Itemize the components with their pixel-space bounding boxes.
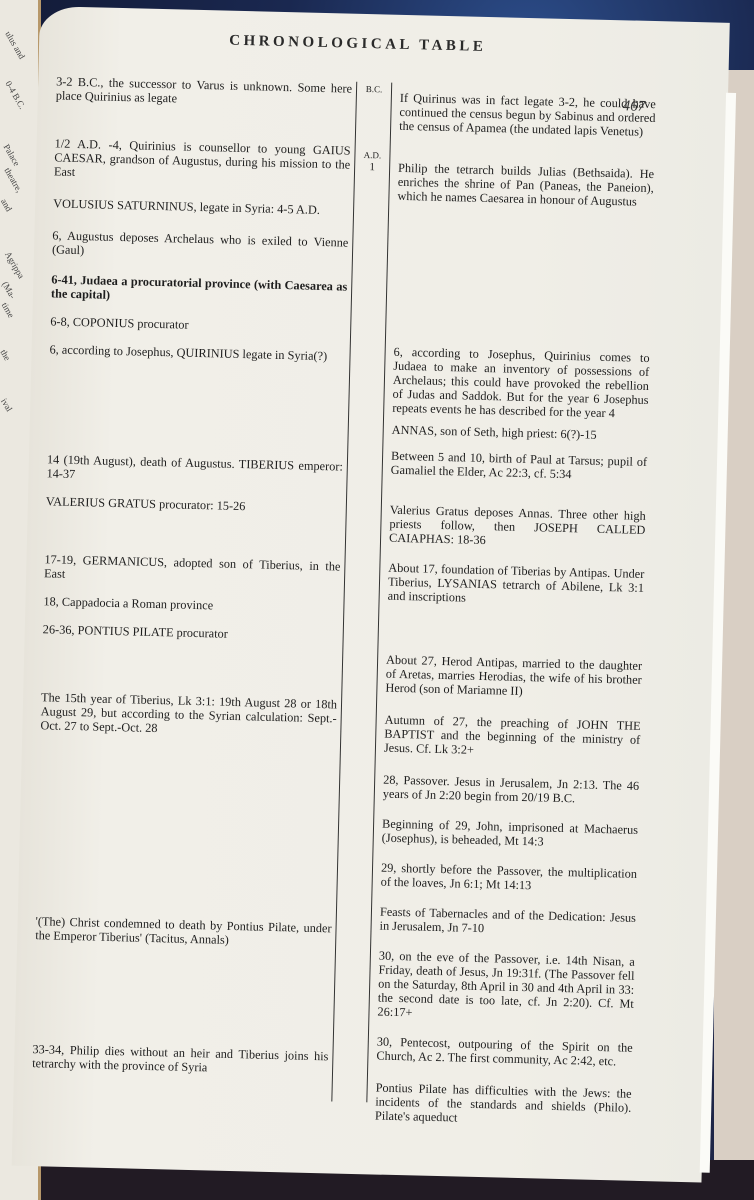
left-entry: 14 (19th August), death of Augustus. TIB… bbox=[46, 452, 343, 487]
left-page-fragment: ulus and bbox=[3, 29, 27, 60]
left-entry: 26-36, PONTIUS PILATE procurator bbox=[43, 622, 339, 643]
left-entry: '(The) Christ condemned to death by Pont… bbox=[35, 914, 332, 949]
right-entry: About 27, Herod Antipas, married to the … bbox=[385, 653, 642, 701]
right-entry: Between 5 and 10, birth of Paul at Tarsu… bbox=[391, 449, 648, 483]
era-year: 1 bbox=[355, 162, 389, 174]
left-page-fragment: Palace bbox=[2, 142, 22, 167]
era-label-ad: A.D. bbox=[355, 150, 389, 162]
era-label-bc: B.C. bbox=[357, 84, 391, 96]
right-entry: Feasts of Tabernacles and of the Dedicat… bbox=[379, 905, 636, 939]
right-entry: 30, on the eve of the Passover, i.e. 14t… bbox=[377, 949, 635, 1025]
left-page-fragment: ival bbox=[0, 397, 14, 414]
left-entry: 18, Cappadocia a Roman province bbox=[43, 594, 339, 615]
left-page-fragment: Agrippa bbox=[3, 250, 26, 281]
left-page-fragment: the bbox=[0, 348, 13, 363]
left-column-events: 3-2 B.C., the successor to Varus is unkn… bbox=[56, 74, 352, 81]
left-entry: 6-41, Judaea a procuratorial province (w… bbox=[51, 272, 348, 307]
left-entry: 17-19, GERMANICUS, adopted son of Tiberi… bbox=[44, 552, 341, 587]
book-page: CHRONOLOGICAL TABLE 467 3-2 B.C., the su… bbox=[12, 6, 730, 1183]
left-entry: 1/2 A.D. -4, Quirinius is counsellor to … bbox=[54, 136, 351, 185]
left-entry: VALERIUS GRATUS procurator: 15-26 bbox=[46, 494, 342, 515]
left-entry: 6, Augustus deposes Archelaus who is exi… bbox=[52, 228, 349, 263]
left-page-fragment: theatre, bbox=[2, 166, 24, 194]
right-entry: Valerius Gratus deposes Annas. Three oth… bbox=[389, 503, 646, 551]
left-entry: VOLUSIUS SATURNINUS, legate in Syria: 4-… bbox=[53, 196, 349, 217]
right-entry: 6, according to Josephus, Quirinius come… bbox=[392, 345, 650, 421]
right-entry: Autumn of 27, the preaching of JOHN THE … bbox=[384, 713, 641, 761]
left-entry: 3-2 B.C., the successor to Varus is unkn… bbox=[56, 74, 353, 109]
left-page-fragment: (Ma- bbox=[0, 280, 18, 301]
right-entry: 30, Pentecost, outpouring of the Spirit … bbox=[376, 1035, 633, 1069]
running-head: CHRONOLOGICAL TABLE bbox=[229, 33, 487, 56]
right-column-events: If Quirinus was in fact legate 3-2, he c… bbox=[400, 83, 656, 89]
left-entry: 6, according to Josephus, QUIRINIUS lega… bbox=[49, 342, 345, 363]
right-entry: Pontius Pilate has difficulties with the… bbox=[375, 1081, 632, 1129]
right-entry: ANNAS, son of Seth, high priest: 6(?)-15 bbox=[392, 423, 648, 443]
left-entry: 6-8, COPONIUS procurator bbox=[50, 314, 346, 335]
right-entry: Beginning of 29, John, imprisoned at Mac… bbox=[382, 817, 639, 851]
right-entry: 29, shortly before the Passover, the mul… bbox=[381, 861, 638, 895]
right-entry: Philip the tetrarch builds Julias (Beths… bbox=[397, 161, 654, 209]
right-entry: About 17, foundation of Tiberias by Anti… bbox=[388, 561, 645, 609]
right-entry: If Quirinus was in fact legate 3-2, he c… bbox=[399, 91, 656, 139]
left-page-fragment: time bbox=[0, 301, 16, 320]
left-entry: The 15th year of Tiberius, Lk 3:1: 19th … bbox=[40, 690, 337, 739]
right-entry: 28, Passover. Jesus in Jerusalem, Jn 2:1… bbox=[383, 773, 640, 807]
left-entry: 33-34, Philip dies without an heir and T… bbox=[32, 1042, 329, 1077]
left-page-fragment: and bbox=[0, 197, 14, 213]
left-page-fragment: 0-4 B.C. bbox=[3, 79, 27, 111]
